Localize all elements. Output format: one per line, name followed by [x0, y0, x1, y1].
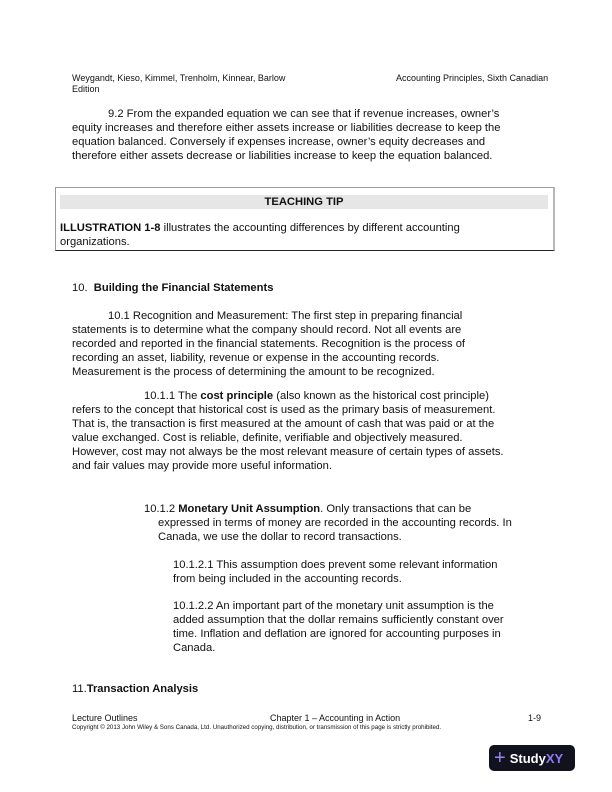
section-10-1-2-1: 10.1.2.1 This assumption does prevent so…	[173, 558, 553, 586]
footer-chapter: Chapter 1 – Accounting in Action	[270, 713, 400, 723]
header-authors: Weygandt, Kieso, Kimmel, Trenholm, Kinne…	[72, 73, 285, 95]
teaching-tip-box: TEACHING TIP ILLUSTRATION 1-8 illustrate…	[55, 187, 555, 251]
teaching-tip-body: ILLUSTRATION 1-8 illustrates the account…	[60, 222, 513, 249]
section-10-1: 10.1 Recognition and Measurement: The fi…	[72, 309, 552, 379]
authors-line: Weygandt, Kieso, Kimmel, Trenholm, Kinne…	[72, 73, 285, 84]
teaching-tip-title: TEACHING TIP	[60, 195, 548, 209]
edition-line: Edition	[72, 84, 285, 95]
header-book-title: Accounting Principles, Sixth Canadian	[396, 73, 548, 84]
studyxy-badge[interactable]: + StudyXY	[489, 745, 575, 771]
section-10-1-2: 10.1.2 Monetary Unit Assumption. Only tr…	[144, 502, 554, 544]
section-10-1-1: 10.1.1 The cost principle (also known as…	[72, 389, 562, 473]
term-cost-principle: cost principle	[200, 390, 273, 402]
illustration-reference: ILLUSTRATION 1-8	[60, 222, 160, 234]
section-10-1-2-2: 10.1.2.2 An important part of the moneta…	[173, 599, 553, 655]
footer-copyright: Copyright © 2013 John Wiley & Sons Canad…	[72, 724, 441, 732]
plus-icon: +	[494, 748, 506, 768]
section-10-heading: 10. Building the Financial Statements	[72, 281, 273, 295]
footer-left: Lecture Outlines	[72, 713, 138, 723]
term-monetary-unit-assumption: Monetary Unit Assumption	[178, 503, 320, 515]
section-11-heading: 11.Transaction Analysis	[72, 682, 198, 696]
footer-page-number: 1-9	[528, 713, 541, 723]
section-9-2: 9.2 From the expanded equation we can se…	[72, 107, 552, 163]
